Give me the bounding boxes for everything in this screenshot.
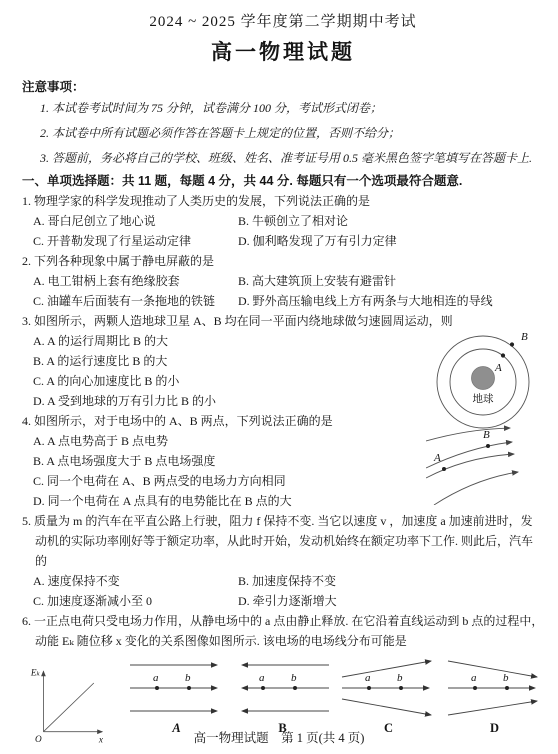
option-3a: A. A 的运行周期比 B 的大 <box>33 331 423 351</box>
point-b-label: b <box>185 672 191 684</box>
satellite-a-dot <box>501 353 505 357</box>
y-axis-label: Eₖ <box>30 667 40 677</box>
ek-line <box>43 683 93 732</box>
option-1d: D. 伽利略发现了万有引力定律 <box>238 231 544 251</box>
point-b-dot <box>399 686 403 690</box>
satellite-a-label: A <box>494 362 502 374</box>
option-3d: D. A 受到地球的万有引力比 B 的小 <box>33 391 423 411</box>
earth-label: 地球 <box>473 392 494 405</box>
field-line-1 <box>426 428 510 441</box>
question-4: 4. 如图所示，对于电场中的 A、B 两点，下列说法正确的是 A. A 点电势高… <box>22 411 544 511</box>
point-b-dot <box>187 686 191 690</box>
point-b-dot <box>505 686 509 690</box>
satellite-b-label: B <box>521 331 528 343</box>
point-b-label: B <box>483 429 490 441</box>
point-a-dot <box>155 686 159 690</box>
option-4a: A. A 点电势高于 B 点电势 <box>33 431 423 451</box>
point-a-dot <box>261 686 265 690</box>
option-1c: C. 开普勒发现了行星运动定律 <box>33 231 238 251</box>
option-5d: D. 牵引力逐渐增大 <box>238 591 544 611</box>
option-2d: D. 野外高压输电线上方有两条与大地相连的导线 <box>238 291 544 311</box>
exam-page: 2024 ~ 2025 学年度第二学期期中考试 高一物理试题 注意事项： 1. … <box>0 0 558 754</box>
field-diagram-b-block: a b B <box>233 657 332 735</box>
question-1: 1. 物理学家的科学发现推动了人类历史的发展，下列说法正确的是 A. 哥白尼创立… <box>22 191 544 251</box>
curved-field-lines-figure: B A <box>426 423 526 505</box>
question-5-stem: 5. 质量为 m 的汽车在平直公路上行驶，阻力 f 保持不变. 当它以速度 v … <box>22 511 544 571</box>
option-2b: B. 高大建筑顶上安装有避雷针 <box>238 271 544 291</box>
point-b-dot <box>486 444 490 448</box>
point-a-label: a <box>365 672 371 684</box>
field-diagram-a: a b <box>127 657 226 719</box>
line-top <box>342 661 431 677</box>
question-2-options: A. 电工钳柄上套有绝缘胶套 B. 高大建筑顶上安装有避雷针 C. 油罐车后面装… <box>22 271 544 311</box>
point-a-label: a <box>471 672 477 684</box>
question-5: 5. 质量为 m 的汽车在平直公路上行驶，阻力 f 保持不变. 当它以速度 v … <box>22 511 544 611</box>
earth-circle <box>472 367 495 390</box>
exam-session-line: 2024 ~ 2025 学年度第二学期期中考试 <box>22 12 544 32</box>
question-1-stem: 1. 物理学家的科学发现推动了人类历史的发展，下列说法正确的是 <box>22 191 544 211</box>
field-line-4 <box>434 472 518 505</box>
question-3-stem: 3. 如图所示，两颗人造地球卫星 A、B 均在同一平面内绕地球做匀速圆周运动，则 <box>22 311 544 331</box>
question-3: 3. 如图所示，两颗人造地球卫星 A、B 均在同一平面内绕地球做匀速圆周运动，则… <box>22 311 544 411</box>
line-bottom <box>448 701 537 715</box>
option-3b: B. A 的运行速度比 B 的大 <box>33 351 423 371</box>
notice-item-3: 3. 答题前，务必将自己的学校、班级、姓名、准考证号用 0.5 毫米黑色签字笔填… <box>40 146 544 171</box>
option-4b: B. A 点电场强度大于 B 点电场强度 <box>33 451 423 471</box>
line-bottom <box>342 699 431 715</box>
question-5-options: A. 速度保持不变 B. 加速度保持不变 C. 加速度逐渐减小至 0 D. 牵引… <box>22 571 544 611</box>
field-diagram-c-block: a b C <box>339 657 438 735</box>
point-b-label: b <box>503 672 509 684</box>
option-3c: C. A 的向心加速度比 B 的小 <box>33 371 423 391</box>
notice-list: 1. 本试卷考试时间为 75 分钟，试卷满分 100 分，考试形式闭卷； 2. … <box>40 96 544 171</box>
question-6-stem: 6. 一正点电荷只受电场力作用，从静电场中的 a 点由静止释放. 在它沿着直线运… <box>22 611 544 651</box>
option-5a: A. 速度保持不变 <box>33 571 238 591</box>
point-a-dot <box>473 686 477 690</box>
option-1b: B. 牛顿创立了相对论 <box>238 211 544 231</box>
point-b-dot <box>293 686 297 690</box>
option-2a: A. 电工钳柄上套有绝缘胶套 <box>33 271 238 291</box>
option-4d: D. 同一个电荷在 A 点具有的电势能比在 B 点的大 <box>33 491 423 511</box>
question-2-stem: 2. 下列各种现象中属于静电屏蔽的是 <box>22 251 544 271</box>
page-title: 高一物理试题 <box>22 39 544 65</box>
line-top <box>448 661 537 677</box>
field-diagram-d: a b <box>445 657 544 719</box>
point-b-label: b <box>397 672 403 684</box>
option-5b: B. 加速度保持不变 <box>238 571 544 591</box>
notice-item-1: 1. 本试卷考试时间为 75 分钟，试卷满分 100 分，考试形式闭卷； <box>40 96 544 121</box>
notice-label: 注意事项： <box>22 78 544 96</box>
field-diagram-a-block: a b A <box>127 657 226 735</box>
field-diagram-c: a b <box>339 657 438 719</box>
option-5c: C. 加速度逐渐减小至 0 <box>33 591 238 611</box>
satellite-b-dot <box>510 342 514 346</box>
point-b-label: b <box>291 672 297 684</box>
section-1-heading: 一、单项选择题：共 11 题，每题 4 分，共 44 分. 每题只有一个选项最符… <box>22 172 544 191</box>
point-a-label: a <box>153 672 159 684</box>
question-2: 2. 下列各种现象中属于静电屏蔽的是 A. 电工钳柄上套有绝缘胶套 B. 高大建… <box>22 251 544 311</box>
option-2c: C. 油罐车后面装有一条拖地的铁链 <box>33 291 238 311</box>
question-1-options: A. 哥白尼创立了地心说 B. 牛顿创立了相对论 C. 开普勒发现了行星运动定律… <box>22 211 544 251</box>
notice-item-2: 2. 本试卷中所有试题必须作答在答题卡上规定的位置，否则不给分； <box>40 121 544 146</box>
point-a-label: A <box>433 452 441 464</box>
point-a-dot <box>367 686 371 690</box>
point-a-dot <box>442 467 446 471</box>
point-a-label: a <box>259 672 265 684</box>
field-diagram-d-block: a b D <box>445 657 544 735</box>
page-footer: 高一物理试题 第 1 页(共 4 页) <box>0 728 558 746</box>
field-diagram-b: a b <box>233 657 332 719</box>
option-1a: A. 哥白尼创立了地心说 <box>33 211 238 231</box>
option-4c: C. 同一个电荷在 A、B 两点受的电场力方向相同 <box>33 471 423 491</box>
